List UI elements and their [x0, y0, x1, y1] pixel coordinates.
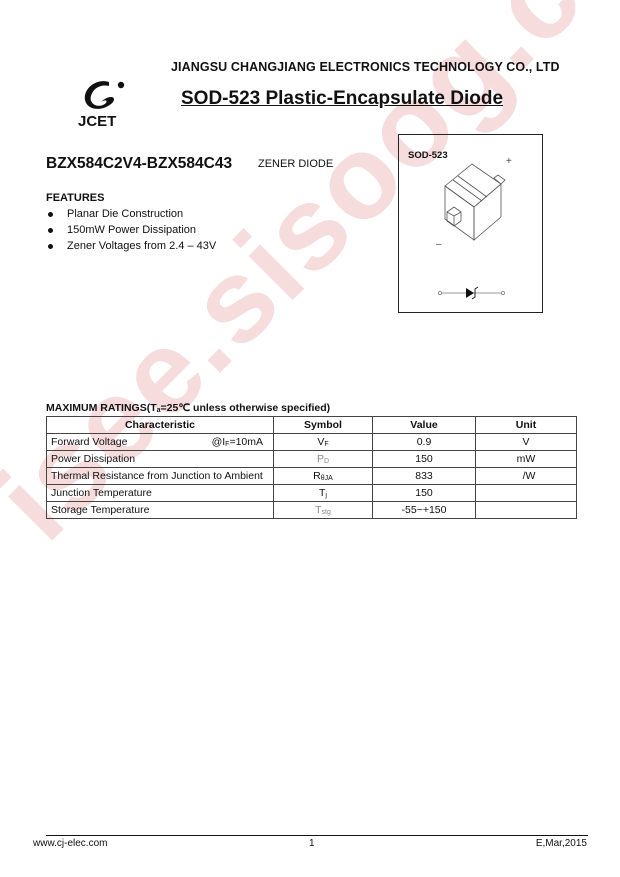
- minus-sign: –: [436, 239, 442, 250]
- device-type: ZENER DIODE: [258, 158, 333, 170]
- table-header-row: Characteristic Symbol Value Unit: [47, 417, 577, 434]
- table-row: Storage Temperature Tstg -55~+150: [47, 502, 577, 519]
- page-number: 1: [309, 838, 315, 849]
- plus-sign: +: [506, 156, 512, 167]
- zener-diode-symbol-icon: [438, 287, 504, 299]
- company-name: JIANGSU CHANGJIANG ELECTRONICS TECHNOLOG…: [171, 60, 560, 74]
- feature-item: Planar Die Construction: [46, 206, 216, 222]
- feature-item: 150mW Power Dissipation: [46, 222, 216, 238]
- max-ratings-table: Characteristic Symbol Value Unit Forward…: [46, 416, 577, 519]
- logo-text: JCET: [78, 113, 116, 130]
- footer-website: www.cj-elec.com: [33, 838, 107, 849]
- features-heading: FEATURES: [46, 192, 104, 204]
- col-symbol: Symbol: [274, 417, 373, 434]
- col-characteristic: Characteristic: [47, 417, 274, 434]
- max-ratings-heading: MAXIMUM RATINGS(Ta=25℃ unless otherwise …: [46, 402, 330, 414]
- table-row: Forward Voltage@IF=10mA VF 0.9 V: [47, 434, 577, 451]
- table-row: Thermal Resistance from Junction to Ambi…: [47, 468, 577, 485]
- col-unit: Unit: [476, 417, 577, 434]
- bullet-icon: [48, 228, 53, 233]
- document-title: SOD-523 Plastic-Encapsulate Diode: [181, 88, 503, 110]
- table-row: Junction Temperature Tj 150: [47, 485, 577, 502]
- bullet-icon: [48, 244, 53, 249]
- footer-divider: [46, 835, 588, 836]
- sod523-package-drawing-icon: + –: [398, 134, 543, 313]
- table-row: Power Dissipation PD 150 mW: [47, 451, 577, 468]
- features-list: Planar Die Construction 150mW Power Diss…: [46, 206, 216, 254]
- part-number-range: BZX584C2V4-BZX584C43: [46, 155, 232, 173]
- revision-date: E,Mar,2015: [536, 838, 587, 849]
- feature-item: Zener Voltages from 2.4 – 43V: [46, 238, 216, 254]
- bullet-icon: [48, 212, 53, 217]
- col-value: Value: [373, 417, 476, 434]
- jcet-g-logo-icon: [79, 76, 129, 116]
